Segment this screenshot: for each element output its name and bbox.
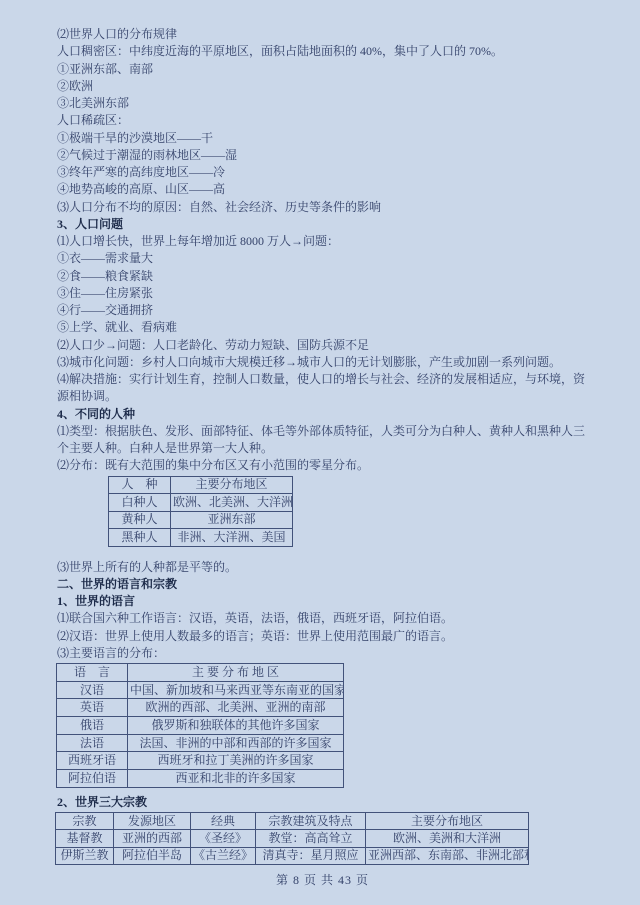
table-cell: 非洲、大洋洲、美国 <box>171 529 293 547</box>
table-row: 西班牙语西班牙和拉丁美洲的许多国家 <box>57 752 344 770</box>
table-cell: 基督教 <box>56 830 114 847</box>
table-cell: 法语 <box>57 734 128 752</box>
table-row: 英语欧洲的西部、北美洲、亚洲的南部 <box>57 699 344 717</box>
text-line: ⑶主要语言的分布： <box>57 645 588 662</box>
section-heading: 3、人口问题 <box>57 216 588 233</box>
text-line: ②气候过于潮湿的雨林地区——湿 <box>57 147 588 164</box>
text-line: ①亚洲东部、南部 <box>57 61 588 78</box>
table-cell: 《古兰经》 <box>191 847 256 864</box>
table-cell: 汉语 <box>57 681 128 699</box>
section-heading: 4、不同的人种 <box>57 406 588 423</box>
text-line: ⑵人口少→问题：人口老龄化、劳动力短缺、国防兵源不足 <box>57 337 588 354</box>
table-cell: 教堂：高高耸立 <box>256 830 366 847</box>
section-heading: 1、世界的语言 <box>57 593 588 610</box>
table-cell: 西班牙和拉丁美洲的许多国家 <box>128 752 344 770</box>
text-line: ④地势高峻的高原、山区——高 <box>57 181 588 198</box>
table-header-cell: 宗教建筑及特点 <box>256 813 366 830</box>
table-header-cell: 经典 <box>191 813 256 830</box>
table-row: 法语法国、非洲的中部和西部的许多国家 <box>57 734 344 752</box>
table-header-cell: 主要分布地区 <box>366 813 529 830</box>
table-row: 阿拉伯语西亚和北非的许多国家 <box>57 770 344 788</box>
table-cell: 欧洲、北美洲、大洋洲 <box>171 494 293 512</box>
table-cell: 法国、非洲的中部和西部的许多国家 <box>128 734 344 752</box>
text-line: ②欧洲 <box>57 78 588 95</box>
table-cell: 白种人 <box>109 494 171 512</box>
notes-section-religion: 2、世界三大宗教 <box>57 794 588 811</box>
table-row: 俄语俄罗斯和独联体的其他许多国家 <box>57 717 344 735</box>
table-row: 伊斯兰教阿拉伯半岛《古兰经》清真寺：星月照应亚洲西部、东南部、非洲北部和东部 <box>56 847 529 864</box>
race-distribution-table: 人 种主要分布地区白种人欧洲、北美洲、大洋洲黄种人亚洲东部黑种人非洲、大洋洲、美… <box>108 476 293 547</box>
table-row: 基督教亚洲的西部《圣经》教堂：高高耸立欧洲、美洲和大洋洲 <box>56 830 529 847</box>
table-cell: 西亚和北非的许多国家 <box>128 770 344 788</box>
table-row: 汉语中国、新加坡和马来西亚等东南亚的国家 <box>57 681 344 699</box>
table-header-cell: 宗教 <box>56 813 114 830</box>
document-page: ⑵世界人口的分布规律人口稠密区：中纬度近海的平原地区，面积占陆地面积的 40%，… <box>0 0 640 905</box>
text-line: 人口稀疏区： <box>57 112 588 129</box>
table-cell: 西班牙语 <box>57 752 128 770</box>
table-header-cell: 人 种 <box>109 476 171 494</box>
text-line: ③北美洲东部 <box>57 95 588 112</box>
table-cell: 俄罗斯和独联体的其他许多国家 <box>128 717 344 735</box>
text-line: ⑴人口增长快，世界上每年增加近 8000 万人→问题： <box>57 233 588 250</box>
section-heading: 二、世界的语言和宗教 <box>57 576 588 593</box>
table-cell: 亚洲的西部 <box>114 830 191 847</box>
table-cell: 黄种人 <box>109 511 171 529</box>
table-cell: 阿拉伯半岛 <box>114 847 191 864</box>
table-cell: 《圣经》 <box>191 830 256 847</box>
text-line: ③终年严寒的高纬度地区——冷 <box>57 164 588 181</box>
table-cell: 亚洲西部、东南部、非洲北部和东部 <box>366 847 529 864</box>
table-row: 黄种人亚洲东部 <box>109 511 293 529</box>
table-header-row: 宗教发源地区经典宗教建筑及特点主要分布地区 <box>56 813 529 830</box>
table-header-row: 人 种主要分布地区 <box>109 476 293 494</box>
section-heading: 2、世界三大宗教 <box>57 794 588 811</box>
text-line: ⑵分布：既有大范围的集中分布区又有小范围的零星分布。 <box>57 457 588 474</box>
text-line: ①极端干旱的沙漠地区——干 <box>57 130 588 147</box>
table-header-cell: 主 要 分 布 地 区 <box>128 664 344 682</box>
text-line: ⑶人口分布不均的原因：自然、社会经济、历史等条件的影响 <box>57 199 588 216</box>
notes-section-population: ⑵世界人口的分布规律人口稠密区：中纬度近海的平原地区，面积占陆地面积的 40%，… <box>57 26 588 475</box>
table-header-cell: 主要分布地区 <box>171 476 293 494</box>
religion-table: 宗教发源地区经典宗教建筑及特点主要分布地区基督教亚洲的西部《圣经》教堂：高高耸立… <box>55 812 529 865</box>
text-line: ⑴类型：根据肤色、发形、面部特征、体毛等外部体质特征，人类可分为白种人、黄种人和… <box>57 423 588 458</box>
table-row: 白种人欧洲、北美洲、大洋洲 <box>109 494 293 512</box>
notes-section-language: ⑶世界上所有的人种都是平等的。二、世界的语言和宗教1、世界的语言⑴联合国六种工作… <box>57 559 588 663</box>
text-line: ①衣——需求量大 <box>57 250 588 267</box>
table-cell: 清真寺：星月照应 <box>256 847 366 864</box>
table-cell: 欧洲的西部、北美洲、亚洲的南部 <box>128 699 344 717</box>
table-cell: 英语 <box>57 699 128 717</box>
text-line: ⑤上学、就业、看病难 <box>57 319 588 336</box>
table-cell: 黑种人 <box>109 529 171 547</box>
table-header-cell: 语 言 <box>57 664 128 682</box>
text-line: ⑷解决措施：实行计划生育，控制人口数量，使人口的增长与社会、经济的发展相适应，与… <box>57 371 588 406</box>
table-cell: 亚洲东部 <box>171 511 293 529</box>
text-line: ②食——粮食紧缺 <box>57 268 588 285</box>
text-line: ⑴联合国六种工作语言：汉语，英语，法语，俄语，西班牙语，阿拉伯语。 <box>57 610 588 627</box>
text-line: ⑶世界上所有的人种都是平等的。 <box>57 559 588 576</box>
table-cell: 中国、新加坡和马来西亚等东南亚的国家 <box>128 681 344 699</box>
table-header-row: 语 言主 要 分 布 地 区 <box>57 664 344 682</box>
page-footer: 第 8 页 共 43 页 <box>57 871 588 888</box>
text-line: 人口稠密区：中纬度近海的平原地区，面积占陆地面积的 40%，集中了人口的 70%… <box>57 43 588 60</box>
table-header-cell: 发源地区 <box>114 813 191 830</box>
table-row: 黑种人非洲、大洋洲、美国 <box>109 529 293 547</box>
table-cell: 伊斯兰教 <box>56 847 114 864</box>
text-line: ⑵汉语：世界上使用人数最多的语言；英语：世界上使用范围最广的语言。 <box>57 628 588 645</box>
language-distribution-table: 语 言主 要 分 布 地 区汉语中国、新加坡和马来西亚等东南亚的国家英语欧洲的西… <box>56 663 344 788</box>
text-line: ⑶城市化问题：乡村人口向城市大规模迁移→城市人口的无计划膨胀，产生或加剧一系列问… <box>57 354 588 371</box>
text-line: ③住——住房紧张 <box>57 285 588 302</box>
text-line: ④行——交通拥挤 <box>57 302 588 319</box>
table-cell: 阿拉伯语 <box>57 770 128 788</box>
table-cell: 俄语 <box>57 717 128 735</box>
text-line: ⑵世界人口的分布规律 <box>57 26 588 43</box>
table-cell: 欧洲、美洲和大洋洲 <box>366 830 529 847</box>
